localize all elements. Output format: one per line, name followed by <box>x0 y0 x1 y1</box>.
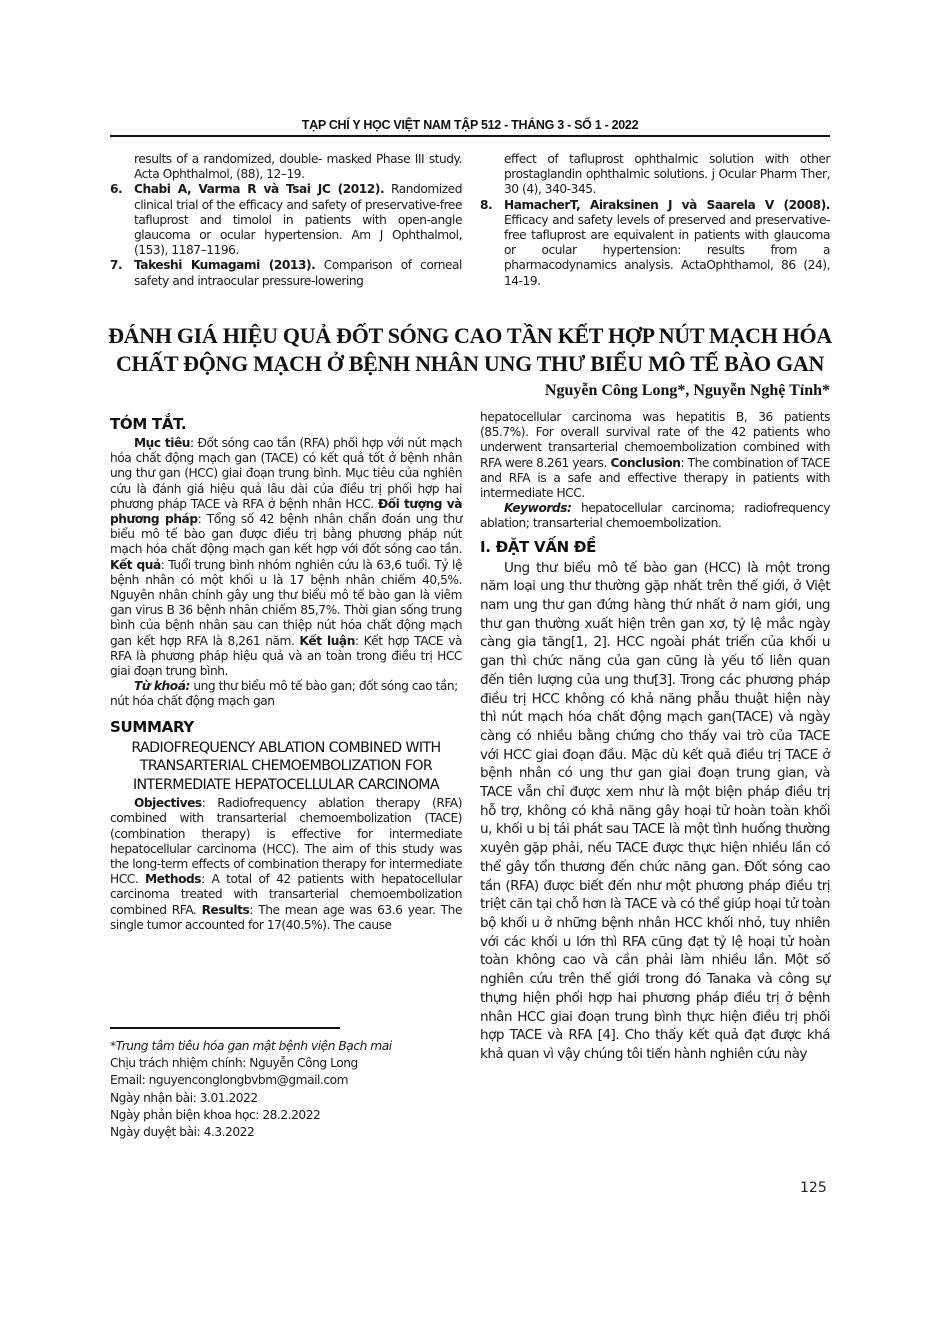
references-right-column: effect of tafluprost ophthalmic solution… <box>480 152 830 289</box>
email: Email: nguyenconglongbvbm@gmail.com <box>110 1072 462 1089</box>
introduction-body: Ung thư biểu mô tế bào gan (HCC) là một … <box>480 559 830 1064</box>
date-received: Ngày nhận bài: 3.01.2022 <box>110 1090 462 1107</box>
journal-page: TẠP CHÍ Y HỌC VIỆT NAM TẬP 512 - THÁNG 3… <box>0 0 942 1333</box>
reference-number: 8. <box>480 198 492 213</box>
results-label-en: Results <box>202 903 250 917</box>
footnote-rule <box>110 1027 340 1029</box>
reference-text: Efficacy and safety levels of preserved … <box>504 213 830 288</box>
affiliation-note: *Trung tâm tiêu hóa gan mật bệnh viện Bạ… <box>110 1038 462 1055</box>
reference-item-7: 7. Takeshi Kumagami (2013). Comparison o… <box>110 258 462 288</box>
corresponding-author: Chịu trách nhiệm chính: Nguyễn Công Long <box>110 1055 462 1072</box>
reference-number: 6. <box>110 182 122 197</box>
reference-authors: HamacherT, Airaksinen J và Saarela V (20… <box>504 198 830 212</box>
reference-authors: Chabi A, Varma R và Tsai JC (2012). <box>134 182 384 196</box>
summary-heading: SUMMARY <box>110 718 462 737</box>
header-rule <box>110 135 830 137</box>
reference-continuation: effect of tafluprost ophthalmic solution… <box>480 152 830 198</box>
reference-number: 7. <box>110 258 122 273</box>
page-number: 125 <box>800 1180 827 1196</box>
left-column: TÓM TẮT. Mục tiêu: Đốt sóng cao tần (RFA… <box>110 415 462 933</box>
references-left-column: results of a randomized, double- masked … <box>110 152 462 289</box>
date-approved: Ngày duyệt bài: 4.3.2022 <box>110 1124 462 1141</box>
reference-authors: Takeshi Kumagami (2013). <box>134 258 315 272</box>
methods-label-en: Methods <box>145 872 201 886</box>
results-label: Kết quả <box>110 558 161 572</box>
article-title: ĐÁNH GIÁ HIỆU QUẢ ĐỐT SÓNG CAO TẦN KẾT H… <box>100 322 840 378</box>
reference-continuation: results of a randomized, double- masked … <box>110 152 462 182</box>
date-reviewed: Ngày phản biện khoa học: 28.2.2022 <box>110 1107 462 1124</box>
reference-item-8: 8. HamacherT, Airaksinen J và Saarela V … <box>480 198 830 289</box>
abstract-vi-heading: TÓM TẮT. <box>110 415 462 434</box>
running-header: TẠP CHÍ Y HỌC VIỆT NAM TẬP 512 - THÁNG 3… <box>110 118 830 132</box>
keywords-label: Từ khoá: <box>134 679 190 693</box>
conclusion-label-en: Conclusion <box>610 456 680 470</box>
reference-item-6: 6. Chabi A, Varma R và Tsai JC (2012). R… <box>110 182 462 258</box>
abstract-vi-body: Mục tiêu: Đốt sóng cao tần (RFA) phối hợ… <box>110 436 462 679</box>
footnotes: *Trung tâm tiêu hóa gan mật bệnh viện Bạ… <box>110 1038 462 1141</box>
introduction-heading: I. ĐẶT VẤN ĐỀ <box>480 538 830 557</box>
right-column: hepatocellular carcinoma was hepatitis B… <box>480 410 830 1064</box>
summary-title: RADIOFREQUENCY ABLATION COMBINED WITH TR… <box>110 739 462 795</box>
abstract-en-continued: hepatocellular carcinoma was hepatitis B… <box>480 410 830 501</box>
conclusion-label: Kết luận <box>299 634 355 648</box>
abstract-en-body: Objectives: Radiofrequency ablation ther… <box>110 796 462 933</box>
objectives-label: Objectives <box>134 796 202 810</box>
abstract-vi-keywords: Từ khoá: ung thư biểu mô tế bào gan; đốt… <box>110 679 462 709</box>
abstract-en-keywords: Keywords: hepatocellular carcinoma; radi… <box>480 501 830 531</box>
article-authors: Nguyễn Công Long*, Nguyễn Nghệ Tỉnh* <box>470 382 830 400</box>
objective-label: Mục tiêu <box>134 436 190 450</box>
keywords-label-en: Keywords: <box>504 501 571 515</box>
